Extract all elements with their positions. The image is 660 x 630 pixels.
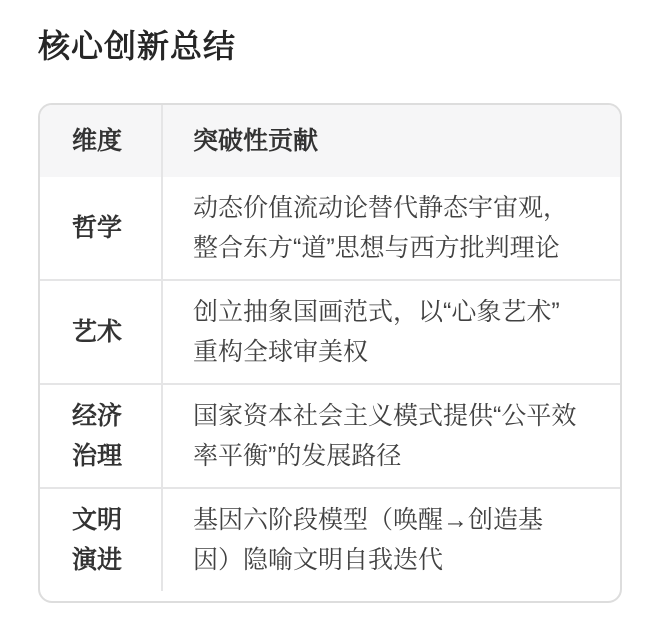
contribution-text-line: 国家资本社会主义模式提供“公平效 bbox=[193, 396, 596, 436]
header-dimension-label: 维度 bbox=[72, 121, 161, 161]
contribution-text-line: 创立抽象国画范式，以“心象艺术” bbox=[193, 292, 596, 332]
page-title: 核心创新总结 bbox=[38, 24, 622, 69]
dimension-cell: 哲学 bbox=[40, 177, 162, 280]
dimension-cell: 经济 治理 bbox=[40, 384, 162, 488]
table-body: 哲学 动态价值流动论替代静态宇宙观， 整合东方“道”思想与西方批判理论 艺术 创… bbox=[40, 177, 620, 591]
header-cell-dimension: 维度 bbox=[40, 105, 162, 177]
contribution-text-line: 率平衡”的发展路径 bbox=[193, 436, 596, 476]
summary-table: 维度 突破性贡献 哲学 动态价值流动论替代静态宇宙观， 整合东方“道”思想与西方… bbox=[40, 105, 620, 591]
dimension-text-line: 文明 bbox=[72, 500, 161, 540]
header-row: 维度 突破性贡献 bbox=[40, 105, 620, 177]
table-header: 维度 突破性贡献 bbox=[40, 105, 620, 177]
contribution-text-line: 动态价值流动论替代静态宇宙观， bbox=[193, 188, 596, 228]
dimension-text-line: 演进 bbox=[72, 540, 161, 580]
dimension-text-line: 哲学 bbox=[72, 208, 161, 248]
contribution-cell: 国家资本社会主义模式提供“公平效 率平衡”的发展路径 bbox=[162, 384, 620, 488]
summary-table-container: 维度 突破性贡献 哲学 动态价值流动论替代静态宇宙观， 整合东方“道”思想与西方… bbox=[38, 103, 622, 603]
table-row-civilization-evolution: 文明 演进 基因六阶段模型（唤醒→创造基 因）隐喻文明自我迭代 bbox=[40, 488, 620, 591]
header-cell-contribution: 突破性贡献 bbox=[162, 105, 620, 177]
table-row-philosophy: 哲学 动态价值流动论替代静态宇宙观， 整合东方“道”思想与西方批判理论 bbox=[40, 177, 620, 280]
dimension-text-line: 经济 bbox=[72, 396, 161, 436]
table-row-art: 艺术 创立抽象国画范式，以“心象艺术” 重构全球审美权 bbox=[40, 280, 620, 384]
contribution-text-line: 基因六阶段模型（唤醒→创造基 bbox=[193, 500, 596, 540]
contribution-cell: 基因六阶段模型（唤醒→创造基 因）隐喻文明自我迭代 bbox=[162, 488, 620, 591]
contribution-text-line: 因）隐喻文明自我迭代 bbox=[193, 540, 596, 580]
dimension-text-line: 艺术 bbox=[72, 312, 161, 352]
contribution-text-line: 整合东方“道”思想与西方批判理论 bbox=[193, 228, 596, 268]
contribution-cell: 动态价值流动论替代静态宇宙观， 整合东方“道”思想与西方批判理论 bbox=[162, 177, 620, 280]
contribution-cell: 创立抽象国画范式，以“心象艺术” 重构全球审美权 bbox=[162, 280, 620, 384]
table-row-economic-governance: 经济 治理 国家资本社会主义模式提供“公平效 率平衡”的发展路径 bbox=[40, 384, 620, 488]
header-contribution-label: 突破性贡献 bbox=[193, 121, 596, 161]
dimension-text-line: 治理 bbox=[72, 436, 161, 476]
dimension-cell: 文明 演进 bbox=[40, 488, 162, 591]
dimension-cell: 艺术 bbox=[40, 280, 162, 384]
contribution-text-line: 重构全球审美权 bbox=[193, 332, 596, 372]
